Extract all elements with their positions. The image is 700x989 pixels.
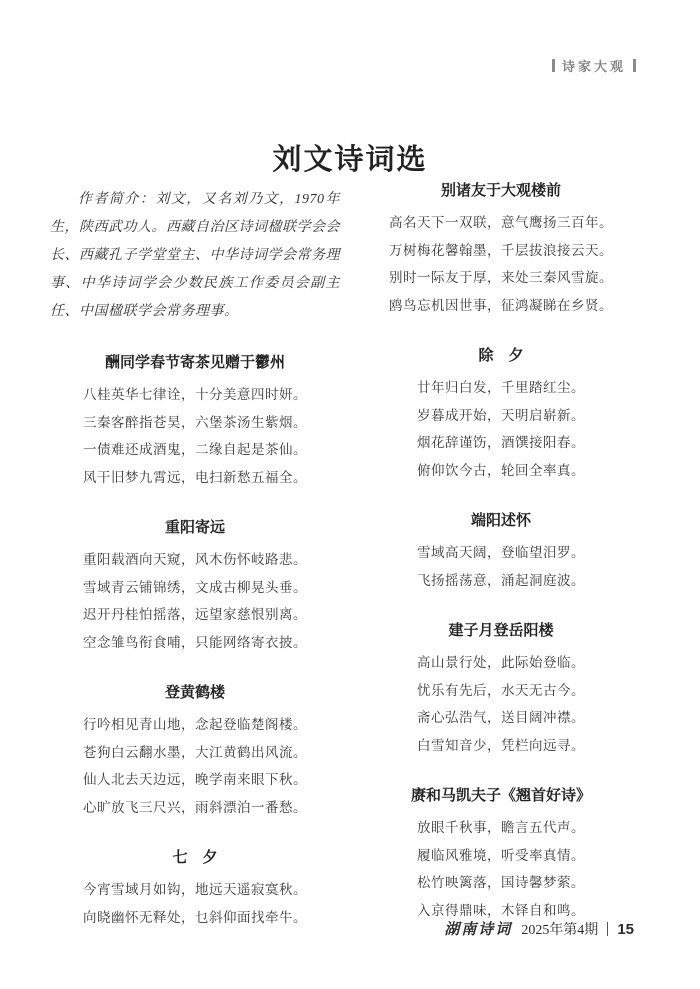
poem-line: 白雪知音少，凭栏向远寻。: [356, 732, 646, 760]
poem-line: 雪域青云铺锦绣，文成古柳晃头垂。: [50, 574, 340, 602]
poem-line: 迟开丹桂怕摇落，远望家慈恨别离。: [50, 601, 340, 629]
poem-line: 向晓幽怀无释处，乜斜仰面找牵牛。: [50, 904, 340, 932]
poem-line: 忧乐有先后，水天无古今。: [356, 677, 646, 705]
poem-title: 七 夕: [50, 845, 340, 872]
section-tag: 诗家大观: [552, 56, 636, 75]
poem-line: 八桂英华七律诠，十分美意四时妍。: [50, 381, 340, 409]
poem-title: 建子月登岳阳楼: [356, 618, 646, 645]
poem-line: 松竹映篱落，国诗馨梦萦。: [356, 869, 646, 897]
poem-line: 重阳载酒向天窥，风木伤怀岐路悲。: [50, 546, 340, 574]
poem-title: 端阳述怀: [356, 508, 646, 535]
issue-label: 2025年第4期: [521, 919, 598, 939]
poem-title: 酬同学春节寄茶见赠于鬱州: [50, 350, 340, 377]
poem-line: 雪域高天阔，登临望汨罗。: [356, 539, 646, 567]
poem-title: 赓和马凯夫子《翘首好诗》: [356, 783, 646, 810]
section-tag-label: 诗家大观: [562, 56, 626, 75]
poem-chuxi: 除 夕 廿年归白发，千里踏红尘。 岁暮成开始，天明启崭新。 烟花辞谨饬，酒馔接阳…: [356, 343, 646, 484]
poem-line: 廿年归白发，千里踏红尘。: [356, 374, 646, 402]
poem-title: 重阳寄远: [50, 515, 340, 542]
poem-line: 飞扬摇荡意，涌起洞庭波。: [356, 567, 646, 595]
poem-qixi: 七 夕 今宵雪域月如钩，地远天遥寂寞秋。 向晓幽怀无释处，乜斜仰面找牵牛。: [50, 845, 340, 931]
poem-line: 万树梅花馨翰墨，千层拔浪接云天。: [356, 237, 646, 265]
poem-line: 今宵雪域月如钩，地远天遥寂寞秋。: [50, 876, 340, 904]
poem-line: 仙人北去天边远，晚学南来眼下秋。: [50, 766, 340, 794]
poem-chou-tongxue: 酬同学春节寄茶见赠于鬱州 八桂英华七律诠，十分美意四时妍。 三秦客醉指苍昊，六堡…: [50, 350, 340, 491]
poem-genghe-makai: 赓和马凯夫子《翘首好诗》 放眼千秋事，瞻言五代声。 履临风雅境，听受率真情。 松…: [356, 783, 646, 924]
page-number: 15: [617, 921, 634, 938]
poem-deng-yueyanglou: 建子月登岳阳楼 高山景行处，此际始登临。 忧乐有先后，水天无古今。 斋心弘浩气，…: [356, 618, 646, 759]
poem-title: 登黄鹤楼: [50, 680, 340, 707]
poem-line: 一债难还成酒鬼，二缘自起是茶仙。: [50, 436, 340, 464]
magazine-page: 诗家大观 刘文诗词选 作者简介：刘文，又名刘乃文，1970年生，陕西武功人。西藏…: [0, 0, 700, 989]
author-intro: 作者简介：刘文，又名刘乃文，1970年生，陕西武功人。西藏自治区诗词楹联学会会长…: [50, 186, 340, 326]
poem-chongyang-jiyuan: 重阳寄远 重阳载酒向天窥，风木伤怀岐路悲。 雪域青云铺锦绣，文成古柳晃头垂。 迟…: [50, 515, 340, 656]
poem-duanyang-shuhuai: 端阳述怀 雪域高天阔，登临望汨罗。 飞扬摇荡意，涌起洞庭波。: [356, 508, 646, 594]
poem-line: 履临风雅境，听受率真情。: [356, 842, 646, 870]
poem-line: 放眼千秋事，瞻言五代声。: [356, 814, 646, 842]
page-footer: 湖南诗词 2025年第4期 15: [444, 918, 634, 939]
poem-line: 苍狗白云翻水墨，大江黄鹤出风流。: [50, 739, 340, 767]
poem-line: 别时一际友于厚，来处三秦风雪旋。: [356, 264, 646, 292]
footer-separator: [607, 922, 608, 936]
poem-line: 心旷放飞三尺兴，雨斜漂泊一番愁。: [50, 794, 340, 822]
left-column: 作者简介：刘文，又名刘乃文，1970年生，陕西武功人。西藏自治区诗词楹联学会会长…: [50, 172, 340, 931]
poem-line: 空念雏鸟衔食哺，只能网络寄衣披。: [50, 629, 340, 657]
poem-bie-zhuyou: 别诸友于大观楼前 高名天下一双联，意气鹰扬三百年。 万树梅花馨翰墨，千层拔浪接云…: [356, 178, 646, 319]
poem-line: 鸥鸟忘机因世事，征鸿凝睇在乡贤。: [356, 292, 646, 320]
poem-line: 烟花辞谨饬，酒馔接阳春。: [356, 429, 646, 457]
poem-line: 行吟相见青山地，念起登临楚阁楼。: [50, 711, 340, 739]
poem-line: 风干旧梦九霄远，电扫新愁五福全。: [50, 464, 340, 492]
poem-title: 除 夕: [356, 343, 646, 370]
poem-line: 三秦客醉指苍昊，六堡茶汤生紫烟。: [50, 409, 340, 437]
journal-logo: 湖南诗词: [444, 918, 512, 939]
poem-line: 高名天下一双联，意气鹰扬三百年。: [356, 209, 646, 237]
poem-line: 斋心弘浩气，送目阔冲襟。: [356, 704, 646, 732]
two-column-body: 作者简介：刘文，又名刘乃文，1970年生，陕西武功人。西藏自治区诗词楹联学会会长…: [50, 172, 646, 931]
tag-bar-right-icon: [633, 59, 636, 72]
poem-deng-huanghelou: 登黄鹤楼 行吟相见青山地，念起登临楚阁楼。 苍狗白云翻水墨，大江黄鹤出风流。 仙…: [50, 680, 340, 821]
poem-line: 岁暮成开始，天明启崭新。: [356, 402, 646, 430]
poem-line: 俯仰饮今古，轮回全率真。: [356, 457, 646, 485]
right-column: 别诸友于大观楼前 高名天下一双联，意气鹰扬三百年。 万树梅花馨翰墨，千层拔浪接云…: [356, 172, 646, 931]
poem-line: 高山景行处，此际始登临。: [356, 649, 646, 677]
tag-bar-left-icon: [552, 59, 555, 72]
poem-title: 别诸友于大观楼前: [356, 178, 646, 205]
